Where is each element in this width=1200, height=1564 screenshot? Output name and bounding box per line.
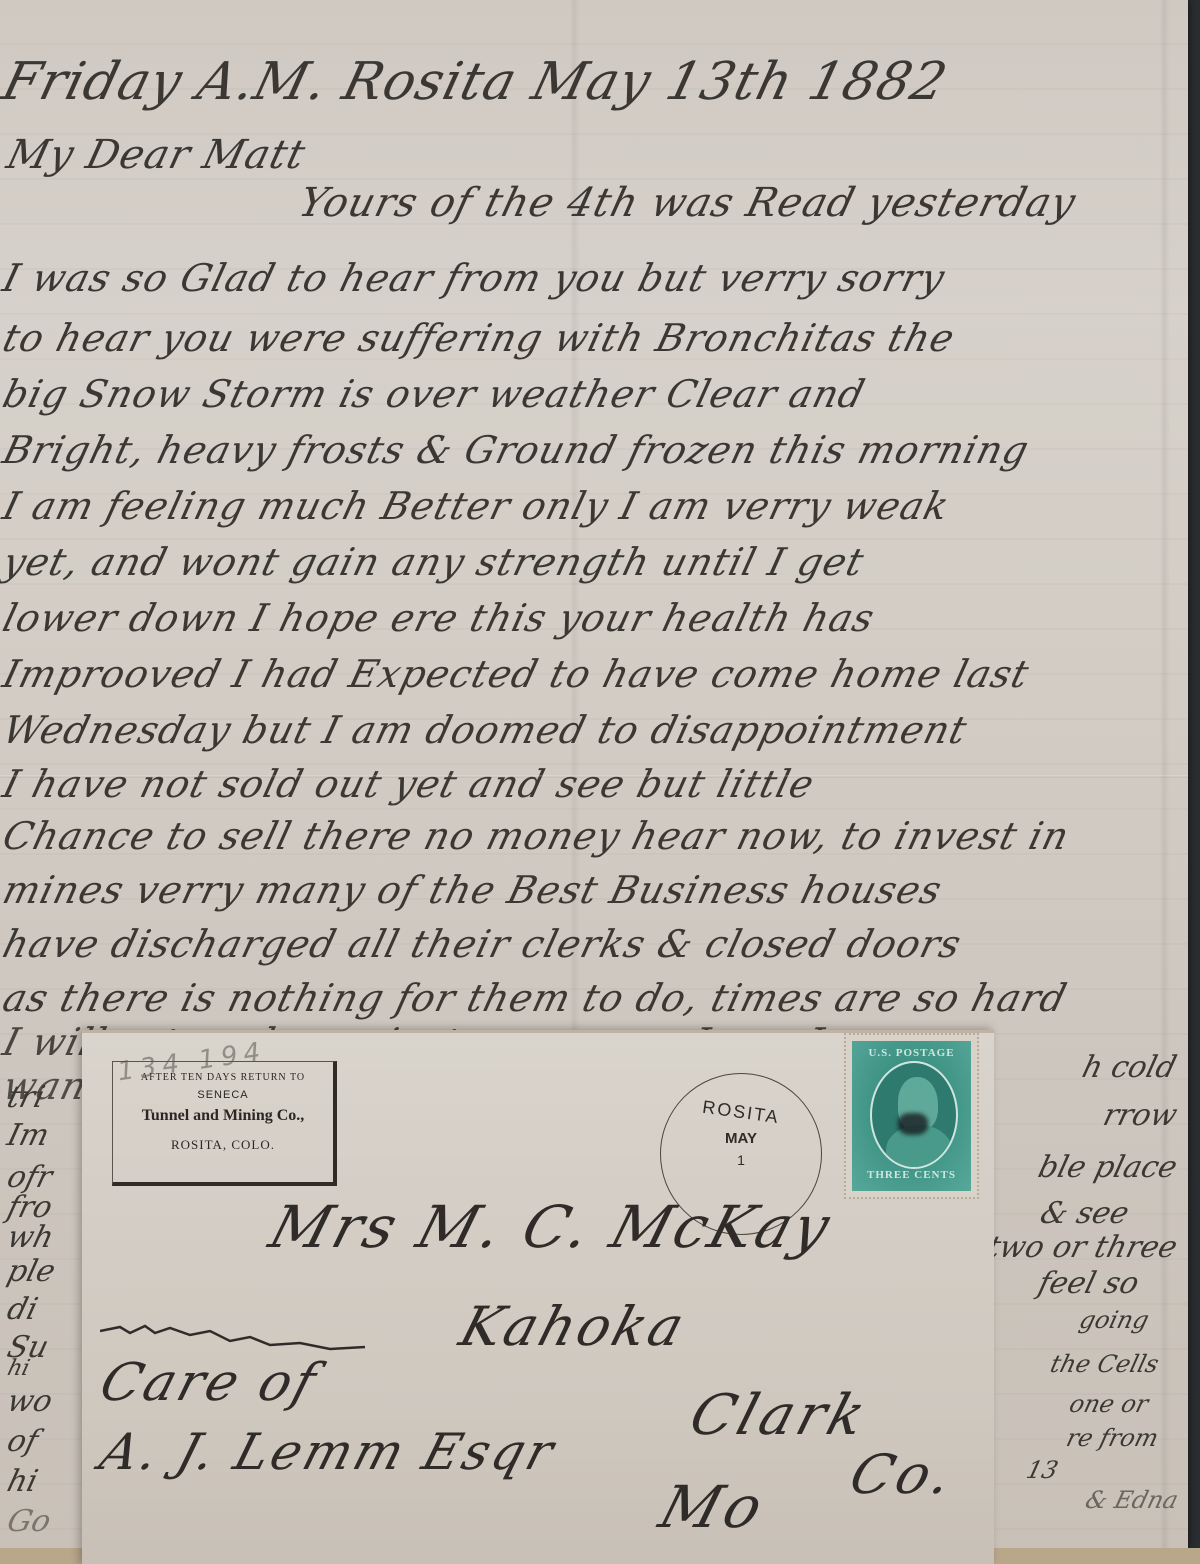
recipient-county: Clark xyxy=(683,1383,876,1448)
letter-line: mines verry many of the Best Business ho… xyxy=(0,868,947,912)
letter-fragment-left: of xyxy=(4,1424,42,1459)
letter-fragment-right: going xyxy=(1076,1306,1151,1334)
letter-line: lower down I hope ere this your health h… xyxy=(0,596,879,640)
letter-line: Chance to sell there no money hear now, … xyxy=(0,814,1074,858)
letter-line: Bright, heavy frosts & Ground frozen thi… xyxy=(0,428,1034,472)
recipient-name: Mrs M. C. McKay xyxy=(262,1193,840,1261)
letter-fragment-left: Go xyxy=(4,1504,55,1539)
postmark-day: 1 xyxy=(661,1152,821,1168)
postmark-town: ROSITA xyxy=(660,1091,821,1134)
care-of-label: Care of xyxy=(93,1353,325,1413)
letter-fragment-right: h cold xyxy=(1079,1050,1180,1085)
stamp-bottom-text: THREE CENTS xyxy=(852,1169,971,1181)
letter-fragment-left: Im xyxy=(4,1118,53,1153)
letter-fragment-left: wo xyxy=(4,1384,56,1419)
letter-salutation: My Dear Matt xyxy=(2,132,310,178)
letter-fragment-left: hi xyxy=(5,1356,32,1381)
letter-fragment-right: & see xyxy=(1036,1196,1132,1231)
care-of-name: A. J. Lemm Esqr xyxy=(94,1423,563,1481)
letter-line: yet, and wont gain any strength until I … xyxy=(0,540,869,584)
stamp-top-text: U.S. POSTAGE xyxy=(852,1047,971,1059)
letter-line: to hear you were suffering with Bronchit… xyxy=(0,316,960,360)
stamp-face: U.S. POSTAGE THREE CENTS xyxy=(852,1041,971,1191)
recipient-state: Mo xyxy=(652,1473,774,1541)
cancellation-mark xyxy=(898,1113,928,1135)
postmark-month: MAY xyxy=(661,1130,821,1147)
letter-line: big Snow Storm is over weather Clear and xyxy=(0,372,870,416)
envelope: AFTER TEN DAYS RETURN TO SENECA Tunnel a… xyxy=(82,1030,994,1564)
return-company-line1: SENECA xyxy=(113,1089,333,1101)
letter-fragment-left: tri xyxy=(4,1080,49,1115)
letter-fragment-right: one or xyxy=(1067,1390,1152,1418)
return-company-name: Tunnel and Mining Co., xyxy=(113,1107,333,1125)
letter-fragment-left: ple xyxy=(4,1254,59,1289)
letter-line: Improoved I had Expected to have come ho… xyxy=(0,652,1034,696)
return-location: ROSITA, COLO. xyxy=(113,1137,333,1153)
letter-line: I have not sold out yet and see but litt… xyxy=(0,762,819,806)
letter-line: I am feeling much Better only I am verry… xyxy=(0,484,954,528)
letter-fragment-right: rrow xyxy=(1099,1098,1180,1133)
letter-fragment-right: re from xyxy=(1064,1424,1162,1452)
letter-line: Yours of the 4th was Read yesterday xyxy=(294,180,1080,226)
letter-heading: Friday A.M. Rosita May 13th 1882 xyxy=(0,52,953,112)
letter-line: Wednesday but I am doomed to disappointm… xyxy=(0,708,972,752)
letter-line: have discharged all their clerks & close… xyxy=(0,922,966,966)
letter-fragment-left: di xyxy=(4,1292,42,1327)
letter-fragment-right: & Edna xyxy=(1083,1486,1182,1514)
postage-stamp: U.S. POSTAGE THREE CENTS xyxy=(844,1033,979,1199)
letter-fragment-right: ble place xyxy=(1034,1150,1180,1185)
letter-line: as there is nothing for them to do, time… xyxy=(0,976,1072,1020)
recipient-county-suffix: Co. xyxy=(843,1443,963,1506)
washington-portrait-icon xyxy=(870,1061,958,1169)
letter-fragment-left: hi xyxy=(4,1464,42,1499)
letter-fragment-right: 13 xyxy=(1024,1456,1062,1484)
letter-fragment-right: the Cells xyxy=(1047,1350,1161,1378)
letter-fragment-right: feel so xyxy=(1034,1266,1142,1301)
letter-fragment-right: two or three xyxy=(983,1230,1180,1265)
letter-line: I was so Glad to hear from you but verry… xyxy=(0,256,950,300)
recipient-town: Kahoka xyxy=(453,1295,694,1358)
letter-fragment-left: wh xyxy=(4,1220,58,1255)
scribble-strikethrough-icon xyxy=(100,1323,370,1353)
